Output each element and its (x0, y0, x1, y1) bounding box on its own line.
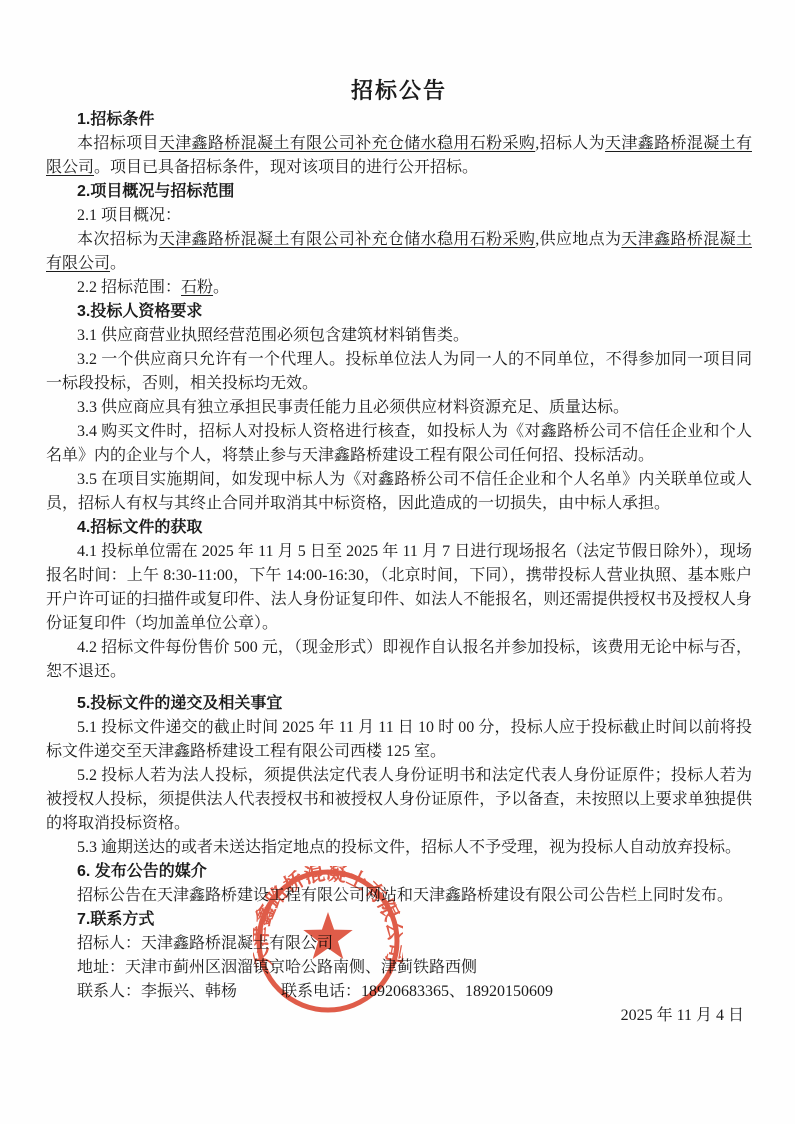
section-3-heading: 3.投标人资格要求 (46, 300, 752, 324)
underlined-project-name: 天津鑫路桥混凝土有限公司补充仓储水稳用石粉采购 (159, 231, 535, 248)
address-line: 地址：天津市蓟州区洇溜镇京哈公路南侧、津蓟铁路西侧 (46, 956, 752, 980)
section-2-scope: 2.2 招标范围：石粉。 (46, 276, 752, 300)
section-5-paragraph-3: 5.3 逾期送达的或者未送达指定地点的投标文件，招标人不予受理，视为投标人自动放… (46, 836, 752, 860)
text-run: ,供应地点为 (535, 231, 621, 248)
announcement-date: 2025 年 11 月 4 日 (46, 1004, 752, 1028)
text-run: ,招标人为 (535, 135, 605, 152)
contact-line: 联系人：李振兴、韩杨联系电话：18920683365、18920150609 (46, 980, 752, 1004)
section-7-heading: 7.联系方式 (46, 908, 752, 932)
document-body: 招标公告 1.招标条件 本招标项目天津鑫路桥混凝土有限公司补充仓储水稳用石粉采购… (46, 76, 752, 1028)
text-run: 本次招标为 (77, 231, 159, 248)
section-1-paragraph: 本招标项目天津鑫路桥混凝土有限公司补充仓储水稳用石粉采购,招标人为天津鑫路桥混凝… (46, 132, 752, 180)
text-run: 。项目已具备招标条件，现对该项目的进行公开招标。 (94, 159, 478, 176)
underlined-project-name: 天津鑫路桥混凝土有限公司补充仓储水稳用石粉采购 (159, 135, 535, 152)
bidder-line: 招标人：天津鑫路桥混凝土有限公司 (46, 932, 752, 956)
section-5-paragraph-1: 5.1 投标文件递交的截止时间 2025 年 11 月 11 日 10 时 00… (46, 716, 752, 764)
section-2-paragraph: 本次招标为天津鑫路桥混凝土有限公司补充仓储水稳用石粉采购,供应地点为天津鑫路桥混… (46, 228, 752, 276)
section-2-overview-label: 2.1 项目概况： (46, 204, 752, 228)
section-4-paragraph-1: 4.1 投标单位需在 2025 年 11 月 5 日至 2025 年 11 月 … (46, 540, 752, 636)
page-title: 招标公告 (46, 76, 752, 106)
contact-phone: 联系电话：18920683365、18920150609 (281, 983, 553, 1000)
section-6-heading: 6. 发布公告的媒介 (46, 860, 752, 884)
text-run: 本招标项目 (77, 135, 159, 152)
section-3-paragraph-1: 3.1 供应商营业执照经营范围必须包含建筑材料销售类。 (46, 324, 752, 348)
section-3-paragraph-4: 3.4 购买文件时，招标人对投标人资格进行核查，如投标人为《对鑫路桥公司不信任企… (46, 420, 752, 468)
contact-persons: 联系人：李振兴、韩杨 (77, 983, 237, 1000)
section-3-paragraph-2: 3.2 一个供应商只允许有一个代理人。投标单位法人为同一人的不同单位，不得参加同… (46, 348, 752, 396)
text-run: 2.2 招标范围： (77, 279, 181, 296)
section-1-heading: 1.招标条件 (46, 108, 752, 132)
tender-announcement-page: 招标公告 1.招标条件 本招标项目天津鑫路桥混凝土有限公司补充仓储水稳用石粉采购… (0, 0, 795, 1124)
text-run: 。 (213, 279, 229, 296)
underlined-scope-item: 石粉 (181, 279, 213, 296)
text-run: 。 (110, 255, 126, 272)
section-3-paragraph-5: 3.5 在项目实施期间，如发现中标人为《对鑫路桥公司不信任企业和个人名单》内关联… (46, 468, 752, 516)
section-4-heading: 4.招标文件的获取 (46, 516, 752, 540)
section-5-heading: 5.投标文件的递交及相关事宜 (46, 692, 752, 716)
section-3-paragraph-3: 3.3 供应商应具有独立承担民事责任能力且必须供应材料资源充足、质量达标。 (46, 396, 752, 420)
section-6-paragraph: 招标公告在天津鑫路桥建设工程有限公司网站和天津鑫路桥建设有限公司公告栏上同时发布… (46, 884, 752, 908)
section-5-paragraph-2: 5.2 投标人若为法人投标，须提供法定代表人身份证明书和法定代表人身份证原件；投… (46, 764, 752, 836)
section-2-heading: 2.项目概况与招标范围 (46, 180, 752, 204)
section-4-paragraph-2: 4.2 招标文件每份售价 500 元，（现金形式）即视作自认报名并参加投标，该费… (46, 636, 752, 684)
